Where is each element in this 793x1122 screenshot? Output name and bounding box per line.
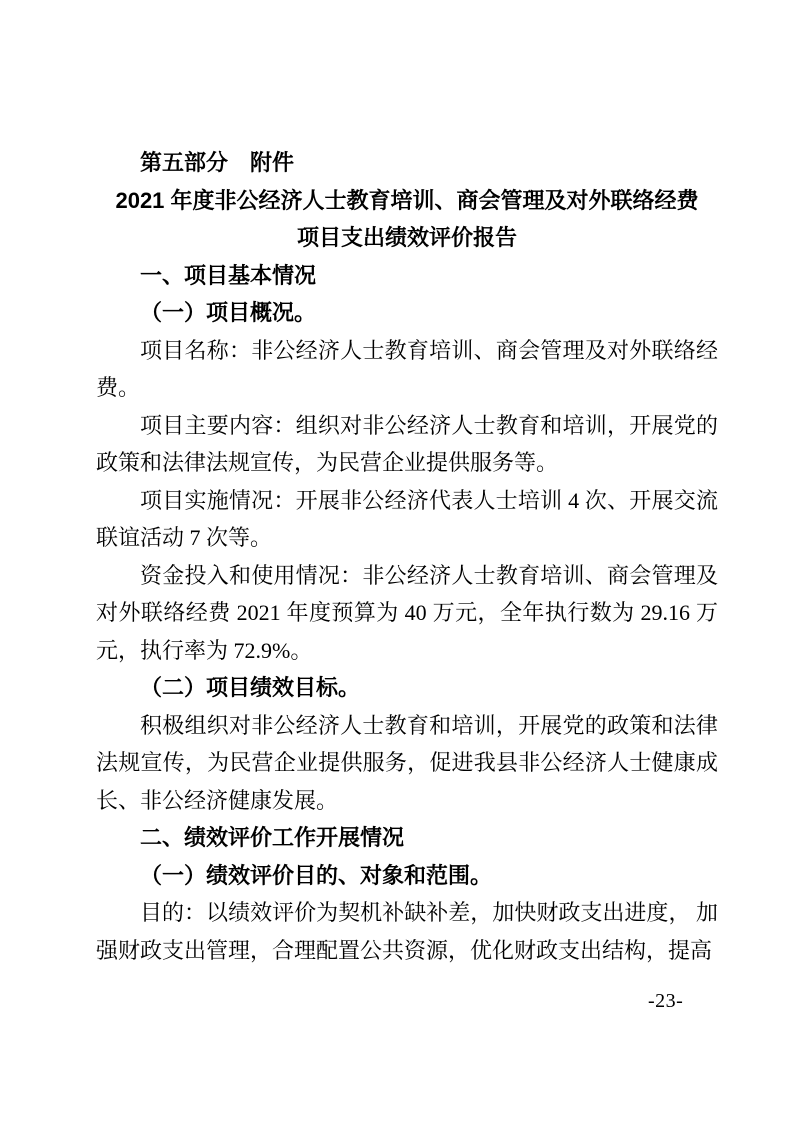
paragraph-performance-goal: 积极组织对非公经济人士教育和培训，开展党的政策和法律法规宣传，为民营企业提供服务… bbox=[96, 707, 718, 820]
subsection-heading-evaluation-scope: （一）绩效评价目的、对象和范围。 bbox=[96, 857, 718, 895]
section-heading-project-basics: 一、项目基本情况 bbox=[96, 257, 718, 295]
doc-title-line-2: 项目支出绩效评价报告 bbox=[96, 219, 718, 257]
document-content: 第五部分 附件 2021 年度非公经济人士教育培训、商会管理及对外联络经费 项目… bbox=[96, 144, 718, 969]
section-heading-evaluation-work: 二、绩效评价工作开展情况 bbox=[96, 819, 718, 857]
subsection-heading-performance-goal: （二）项目绩效目标。 bbox=[96, 669, 718, 707]
paragraph-project-name: 项目名称：非公经济人士教育培训、商会管理及对外联络经费。 bbox=[96, 332, 718, 407]
paragraph-project-implementation: 项目实施情况：开展非公经济代表人士培训 4 次、开展交流联谊活动 7 次等。 bbox=[96, 482, 718, 557]
page-number: -23- bbox=[648, 991, 683, 1011]
paragraph-evaluation-purpose: 目的：以绩效评价为契机补缺补差，加快财政支出进度， 加强财政支出管理，合理配置公… bbox=[96, 894, 718, 969]
paragraph-funding-usage: 资金投入和使用情况：非公经济人士教育培训、商会管理及对外联络经费 2021 年度… bbox=[96, 557, 718, 670]
document-page: 第五部分 附件 2021 年度非公经济人士教育培训、商会管理及对外联络经费 项目… bbox=[0, 0, 793, 1122]
part-heading: 第五部分 附件 bbox=[96, 144, 718, 182]
subsection-heading-project-overview: （一）项目概况。 bbox=[96, 294, 718, 332]
paragraph-project-main-content: 项目主要内容：组织对非公经济人士教育和培训，开展党的政策和法律法规宣传，为民营企… bbox=[96, 407, 718, 482]
doc-title-line-1: 2021 年度非公经济人士教育培训、商会管理及对外联络经费 bbox=[96, 182, 718, 220]
